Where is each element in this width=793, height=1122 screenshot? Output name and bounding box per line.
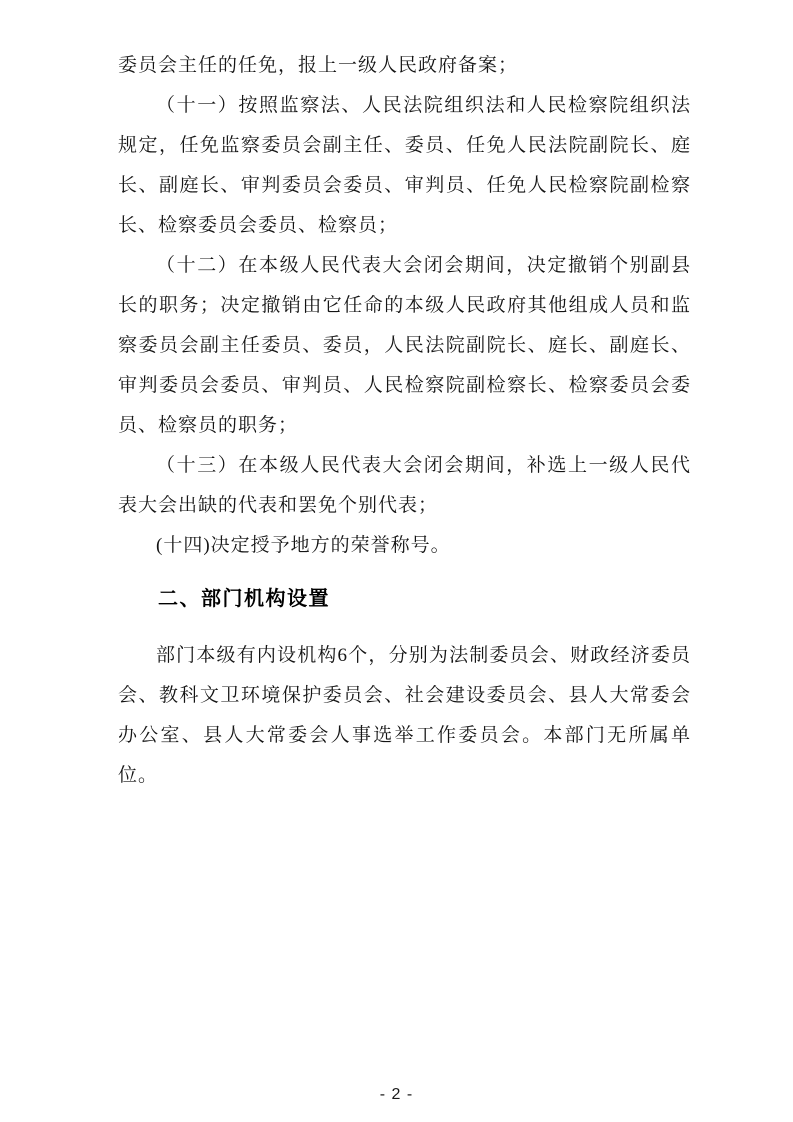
document-page: 委员会主任的任免，报上一级人民政府备案； （十一）按照监察法、人民法院组织法和人… bbox=[0, 0, 793, 1122]
paragraph-continuation: 委员会主任的任免，报上一级人民政府备案； bbox=[118, 46, 691, 86]
paragraph-item-13: （十三）在本级人民代表大会闭会期间，补选上一级人民代表大会出缺的代表和罢免个别代… bbox=[118, 446, 691, 526]
paragraph-org-setup: 部门本级有内设机构6个，分别为法制委员会、财政经济委员会、教科文卫环境保护委员会… bbox=[118, 636, 691, 796]
paragraph-item-12: （十二）在本级人民代表大会闭会期间，决定撤销个别副县长的职务；决定撤销由它任命的… bbox=[118, 246, 691, 446]
page-number: - 2 - bbox=[380, 1086, 413, 1103]
paragraph-item-11: （十一）按照监察法、人民法院组织法和人民检察院组织法规定，任免监察委员会副主任、… bbox=[118, 86, 691, 246]
document-content: 委员会主任的任免，报上一级人民政府备案； （十一）按照监察法、人民法院组织法和人… bbox=[118, 46, 691, 796]
page-footer: - 2 - bbox=[0, 1086, 793, 1104]
paragraph-item-14: (十四)决定授予地方的荣誉称号。 bbox=[118, 526, 691, 566]
section-heading-org-setup: 二、部门机构设置 bbox=[118, 579, 691, 619]
